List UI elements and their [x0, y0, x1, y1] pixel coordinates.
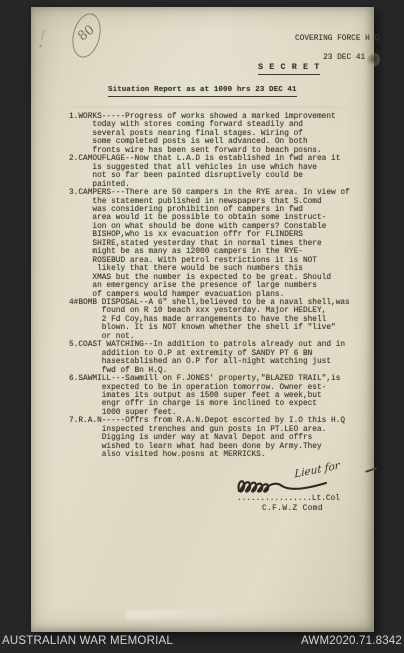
- accession-number-label: AWM2020.71.8342: [301, 635, 402, 647]
- pencil-annotation-circle: 80: [68, 10, 105, 60]
- report-item-bomb-disposal: 4#BOMB DISPOSAL--A 6" shell,believed to …: [69, 299, 350, 341]
- report-date: 23 DEC 41: [323, 54, 365, 62]
- paper-crease: [126, 605, 296, 620]
- archive-caption-bar: AUSTRALIAN WAR MEMORIAL AWM2020.71.8342: [0, 631, 404, 653]
- signatory-title: C.F.W.Z Comd: [262, 505, 323, 513]
- pencil-annotation-number: 80: [75, 22, 98, 45]
- report-body: 1.WORKS-----Progress of works showed a m…: [69, 113, 350, 460]
- report-item-coast-watching: 5.COAST WATCHING--In addition to patrols…: [69, 341, 350, 375]
- unit-name: COVERING FORCE H Q: [295, 35, 379, 43]
- pencil-mark: [40, 28, 50, 42]
- report-item-ran: 7.R.A.N-----Offrs from R.A.N.Depot escor…: [69, 417, 350, 459]
- signature-rank-line: ................Lt.Col: [237, 495, 340, 503]
- report-item-sawmill: 6.SAWMILL---Sawmill on F.JONES' property…: [69, 375, 350, 417]
- report-item-works: 1.WORKS-----Progress of works showed a m…: [69, 113, 350, 155]
- document-page: 80 COVERING FORCE H Q 23 DEC 41 S E C R …: [31, 7, 374, 632]
- scan-background: 80 COVERING FORCE H Q 23 DEC 41 S E C R …: [0, 0, 404, 653]
- institution-label: AUSTRALIAN WAR MEMORIAL: [2, 635, 173, 647]
- pen-stray-mark: [365, 467, 377, 472]
- report-item-campers: 3.CAMPERS---There are 50 campers in the …: [69, 189, 350, 299]
- report-item-camouflage: 2.CAMOUFLAGE--Now that L.A.D is establis…: [69, 155, 350, 189]
- report-title: Situation Report as at 1000 hrs 23 DEC 4…: [108, 86, 297, 97]
- pencil-mark-dot: [39, 45, 42, 47]
- classification-heading: S E C R E T: [258, 62, 320, 75]
- paper-crease-faint: [31, 106, 374, 108]
